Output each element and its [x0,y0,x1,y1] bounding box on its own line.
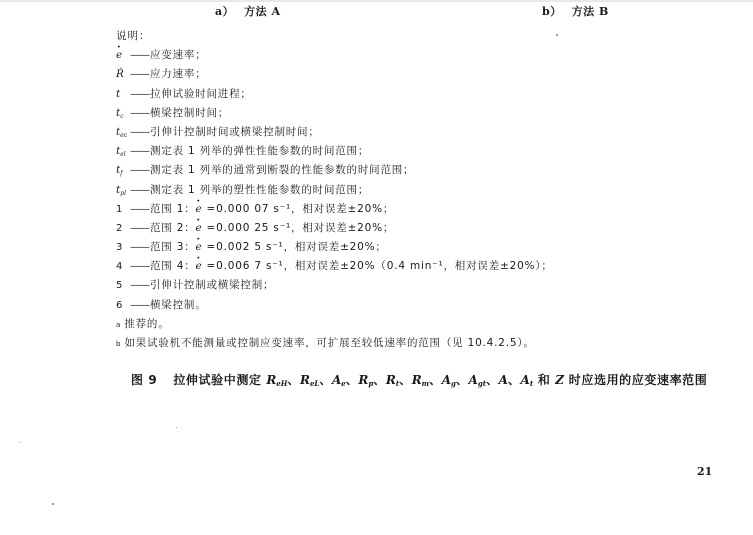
separator: 、 [429,373,442,387]
control-desc: 引伸计控制或横梁控制； [150,276,274,295]
figure-legend: 说明： e —— 应变速率； Ṙ —— 应力速率； t —— 拉伸试验时间进程；… [116,27,553,353]
separator: 、 [319,373,332,387]
separator: 、 [346,373,359,387]
range-suffix: ，相对误差±20%（0.4 min⁻¹，相对误差±20%）； [284,257,553,276]
var-Ag: Ag [442,373,456,387]
separator: 、 [456,373,469,387]
scan-speck [556,34,558,36]
var-At: At [521,373,534,387]
separator: 、 [399,373,412,387]
page-top-edge [0,0,753,2]
legend-desc: 应力速率； [150,65,207,84]
footnote-mark: b [116,335,120,354]
subcaption-method-a: a）方法 A [215,3,281,19]
range-value: =0.006 7 s⁻¹ [207,257,284,276]
legend-item-strain-rate: e —— 应变速率； [116,46,553,65]
var-A: A [499,373,508,387]
control-number: 5 [116,276,127,295]
control-number: 6 [116,296,127,315]
subcaption-b-label: b） [542,5,562,18]
var-Agt: Agt [469,373,486,387]
legend-item-range-4: 4 —— 范围 4：e=0.006 7 s⁻¹，相对误差±20%（0.4 min… [116,257,553,276]
dash: —— [130,123,149,142]
dash: —— [130,200,149,219]
caption-suffix: 时应选用的应变速率范围 [569,373,708,387]
range-prefix: 范围 2： [150,219,196,238]
symbol-e-dot: e [116,46,127,65]
legend-item-tec: tec —— 引伸计控制时间或横梁控制时间； [116,123,553,142]
scan-speck [52,503,54,505]
symbol-subscript: c [120,113,123,120]
scan-speck [20,442,21,443]
legend-item-range-3: 3 —— 范围 3：e=0.002 5 s⁻¹，相对误差±20%； [116,238,553,257]
legend-desc: 引伸计控制时间或横梁控制时间； [150,123,320,142]
subcaption-a-text: 方法 A [244,5,280,18]
dash: —— [130,85,149,104]
legend-item-tel: tel —— 测定表 1 列举的弹性性能参数的时间范围； [116,142,553,161]
var-Rp: Rp [358,373,373,387]
footnote-b: b 如果试验机不能测量或控制应变速率，可扩展至较低速率的范围（见 10.4.2.… [116,334,553,353]
subcaption-method-b: b）方法 B [542,3,609,19]
range-number: 4 [116,257,127,276]
dash: —— [130,296,149,315]
legend-desc: 应变速率； [150,46,207,65]
range-suffix: ，相对误差±20%； [291,200,394,219]
separator: 、 [373,373,386,387]
legend-item-tc: tc —— 横梁控制时间； [116,104,553,123]
symbol-subscript: pl [120,190,126,197]
subcaption-b-text: 方法 B [572,5,609,18]
control-desc: 横梁控制。 [150,296,207,315]
dash: —— [130,181,149,200]
var-Z: Z [555,373,564,387]
caption-and: 和 [538,373,551,387]
footnote-a: a 推荐的。 [116,315,553,334]
range-number: 2 [116,219,127,238]
range-value: =0.002 5 s⁻¹ [207,238,284,257]
range-suffix: ，相对误差±20%； [284,238,387,257]
separator: 、 [486,373,499,387]
var-ReH: ReH [266,373,287,387]
dash: —— [130,65,149,84]
legend-heading: 说明： [116,27,151,46]
separator: 、 [287,373,300,387]
symbol-tpl: tpl [116,181,127,203]
range-prefix: 范围 1： [150,200,196,219]
footnote-text: 如果试验机不能测量或控制应变速率，可扩展至较低速率的范围（见 10.4.2.5）… [124,334,534,353]
legend-item-tf: tf —— 测定表 1 列举的通常到断裂的性能参数的时间范围； [116,161,553,180]
dash: —— [130,142,149,161]
legend-desc: 横梁控制时间； [150,104,229,123]
legend-desc: 测定表 1 列举的塑性性能参数的时间范围； [150,181,369,200]
symbol-subscript: f [120,170,122,177]
symbol-subscript: el [120,151,125,158]
range-prefix: 范围 3： [150,238,196,257]
legend-item-control-6: 6 —— 横梁控制。 [116,296,553,315]
legend-item-stress-rate: Ṙ —— 应力速率； [116,65,553,84]
dash: —— [130,161,149,180]
symbol-e-dot: e [196,257,207,276]
separator: 、 [508,373,521,387]
range-number: 3 [116,238,127,257]
symbol-r-dot: Ṙ [116,65,127,84]
figure-caption: 图 9拉伸试验中测定 ReH、ReL、Ae、Rp、Rt、Rm、Ag、Agt、A、… [131,371,707,388]
dash: —— [130,219,149,238]
symbol-subscript: ec [120,132,127,139]
legend-item-tpl: tpl —— 测定表 1 列举的塑性性能参数的时间范围； [116,181,553,200]
var-Rm: Rm [412,373,429,387]
symbol-base: t [116,88,120,100]
legend-desc: 测定表 1 列举的通常到断裂的性能参数的时间范围； [150,161,414,180]
range-value: =0.000 07 s⁻¹ [207,200,292,219]
dash: —— [130,46,149,65]
range-suffix: ，相对误差±20%； [291,219,394,238]
dash: —— [130,276,149,295]
var-ReL: ReL [300,373,319,387]
range-value: =0.000 25 s⁻¹ [207,219,292,238]
dash: —— [130,104,149,123]
legend-item-control-5: 5 —— 引伸计控制或横梁控制； [116,276,553,295]
legend-desc: 拉伸试验时间进程； [150,85,252,104]
figure-number: 图 9 [131,373,157,387]
scan-speck [176,427,177,428]
var-Ae: Ae [332,373,346,387]
legend-item-range-2: 2 —— 范围 2：e=0.000 25 s⁻¹，相对误差±20%； [116,219,553,238]
legend-heading-row: 说明： [116,27,553,46]
subcaption-a-label: a） [215,5,234,18]
footnote-text: 推荐的。 [124,315,169,334]
page-number: 21 [697,465,712,478]
legend-item-time: t —— 拉伸试验时间进程； [116,85,553,104]
dash: —— [130,238,149,257]
symbol-t: t [116,85,127,104]
dash: —— [130,257,149,276]
var-Rt: Rt [386,373,399,387]
footnote-mark: a [116,316,120,335]
legend-desc: 测定表 1 列举的弹性性能参数的时间范围； [150,142,369,161]
legend-item-range-1: 1 —— 范围 1：e=0.000 07 s⁻¹，相对误差±20%； [116,200,553,219]
caption-prefix: 拉伸试验中测定 [173,373,261,387]
range-prefix: 范围 4： [150,257,196,276]
